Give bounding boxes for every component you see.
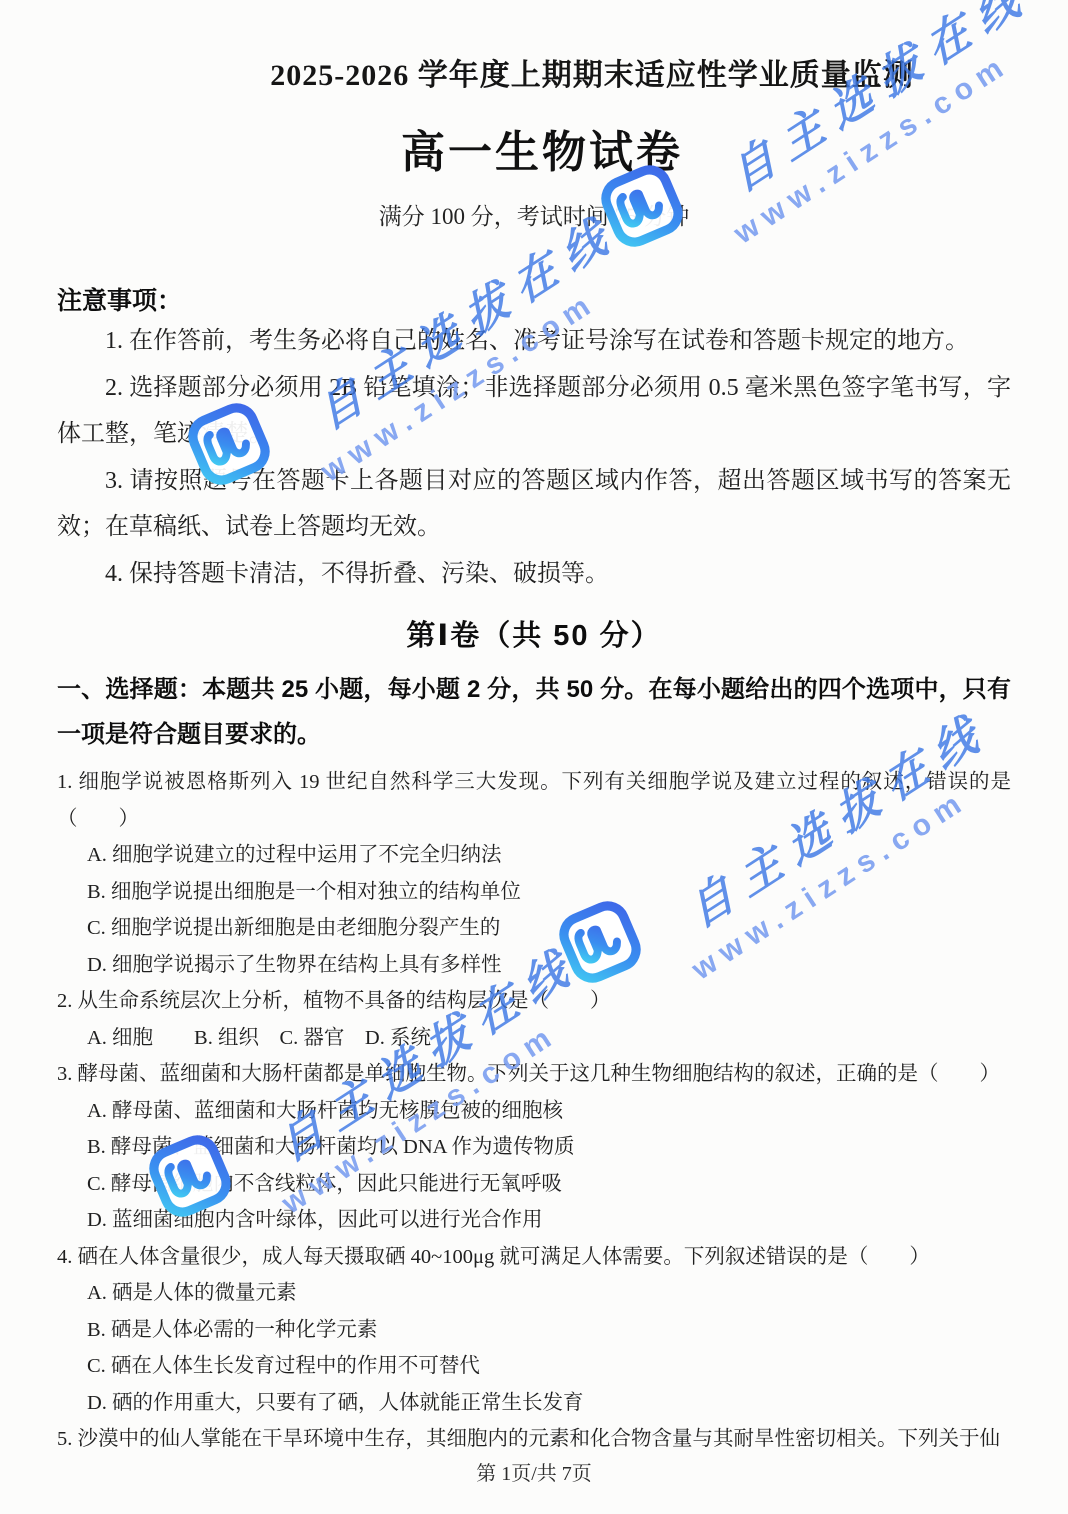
notice-item-2: 2. 选择题部分必须用 2B 铅笔填涂；非选择题部分必须用 0.5 毫米黑色签字… <box>57 365 1011 457</box>
question-stem: 1. 细胞学说被恩格斯列入 19 世纪自然科学三大发现。下列有关细胞学说及建立过… <box>57 764 1011 837</box>
question-4: 4. 硒在人体含量很少，成人每天摄取硒 40~100μg 就可满足人体需要。下列… <box>57 1239 1011 1422</box>
section-title: 第Ⅰ卷（共 50 分） <box>57 613 1011 654</box>
option-a: A. 硒是人体的微量元素 <box>57 1275 1011 1312</box>
notice-item-3: 3. 请按照题号在答题卡上各题目对应的答题区域内作答，超出答题区域书写的答案无效… <box>57 458 1011 550</box>
option-b: B. 酵母菌、蓝细菌和大肠杆菌均以 DNA 作为遗传物质 <box>57 1129 1011 1166</box>
option-d: D. 细胞学说揭示了生物界在结构上具有多样性 <box>57 947 1011 984</box>
exam-paper-title: 高一生物试卷 <box>65 116 1019 180</box>
document-content: 2025-2026 学年度上期期末适应性学业质量监测 高一生物试卷 满分 100… <box>0 0 1068 1458</box>
notice-heading: 注意事项： <box>57 281 1011 317</box>
exam-session-title: 2025-2026 学年度上期期末适应性学业质量监测 <box>115 50 1068 94</box>
exam-meta: 满分 100 分，考试时间 75 分钟 <box>57 198 1011 231</box>
option-c: C. 硒在人体生长发育过程中的作用不可替代 <box>57 1348 1011 1385</box>
question-stem: 4. 硒在人体含量很少，成人每天摄取硒 40~100μg 就可满足人体需要。下列… <box>57 1239 1011 1276</box>
page-footer: 第 1页/共 7页 <box>0 1457 1068 1486</box>
option-b: B. 细胞学说提出细胞是一个相对独立的结构单位 <box>57 874 1011 911</box>
notice-item-4: 4. 保持答题卡清洁，不得折叠、污染、破损等。 <box>57 551 1011 597</box>
option-a: A. 酵母菌、蓝细菌和大肠杆菌均无核膜包被的细胞核 <box>57 1093 1011 1130</box>
option-d: D. 蓝细菌细胞内含叶绿体，因此可以进行光合作用 <box>57 1202 1011 1239</box>
option-d: D. 硒的作用重大，只要有了硒，人体就能正常生长发育 <box>57 1385 1011 1422</box>
notice-item-1: 1. 在作答前，考生务必将自己的姓名、准考证号涂写在试卷和答题卡规定的地方。 <box>57 318 1011 364</box>
question-2: 2. 从生命系统层次上分析，植物不具备的结构层次是（ ） A. 细胞 B. 组织… <box>57 983 1011 1056</box>
question-stem: 5. 沙漠中的仙人掌能在干旱环境中生存，其细胞内的元素和化合物含量与其耐旱性密切… <box>57 1421 1011 1458</box>
option-a: A. 细胞学说建立的过程中运用了不完全归纳法 <box>57 837 1011 874</box>
question-stem: 3. 酵母菌、蓝细菌和大肠杆菌都是单细胞生物。下列关于这几种生物细胞结构的叙述，… <box>57 1056 1011 1093</box>
option-b: B. 硒是人体必需的一种化学元素 <box>57 1312 1011 1349</box>
question-list: 1. 细胞学说被恩格斯列入 19 世纪自然科学三大发现。下列有关细胞学说及建立过… <box>57 764 1011 1458</box>
option-c: C. 细胞学说提出新细胞是由老细胞分裂产生的 <box>57 910 1011 947</box>
notice-section: 注意事项： 1. 在作答前，考生务必将自己的姓名、准考证号涂写在试卷和答题卡规定… <box>57 281 1011 597</box>
options-inline: A. 细胞 B. 组织 C. 器官 D. 系统 <box>57 1020 1011 1057</box>
question-3: 3. 酵母菌、蓝细菌和大肠杆菌都是单细胞生物。下列关于这几种生物细胞结构的叙述，… <box>57 1056 1011 1239</box>
question-stem: 2. 从生命系统层次上分析，植物不具备的结构层次是（ ） <box>57 983 1011 1020</box>
question-5: 5. 沙漠中的仙人掌能在干旱环境中生存，其细胞内的元素和化合物含量与其耐旱性密切… <box>57 1421 1011 1458</box>
question-1: 1. 细胞学说被恩格斯列入 19 世纪自然科学三大发现。下列有关细胞学说及建立过… <box>57 764 1011 983</box>
option-c: C. 酵母菌细胞内不含线粒体，因此只能进行无氧呼吸 <box>57 1166 1011 1203</box>
section-intro: 一、选择题：本题共 25 小题，每小题 2 分，共 50 分。在每小题给出的四个… <box>57 667 1011 757</box>
exam-paper-page: 自主选拔在线 www.zizzs.com 自主选拔在线 www.zizzs.co… <box>0 0 1068 1514</box>
